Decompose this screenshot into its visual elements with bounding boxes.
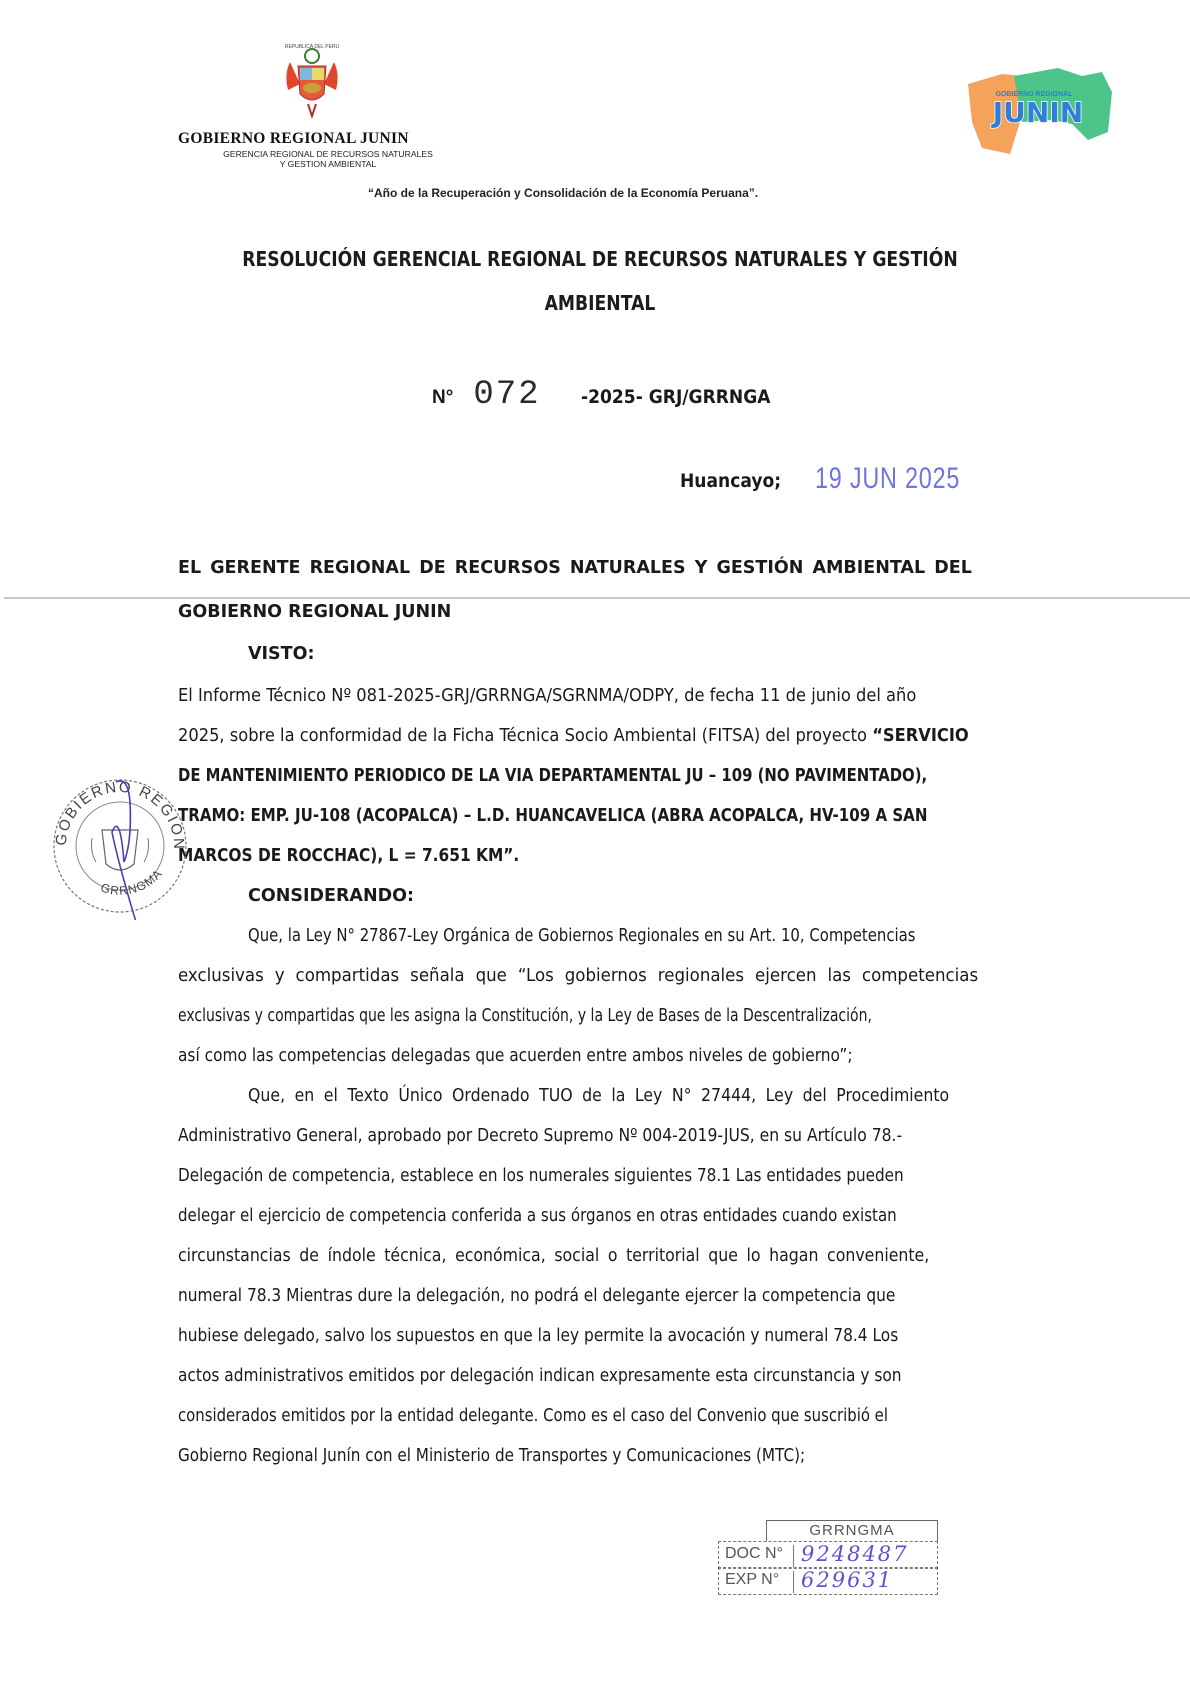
authority-line-1: EL GERENTE REGIONAL DE RECURSOS NATURALE… xyxy=(178,558,1040,584)
number-prefix: N° xyxy=(432,387,453,409)
department-name: GERENCIA REGIONAL DE RECURSOS NATURALES … xyxy=(200,149,456,169)
visto-line-4: TRAMO: EMP. JU-108 (ACOPALCA) – L.D. HUA… xyxy=(178,806,919,832)
visto-line-3: DE MANTENIMIENTO PERIODICO DE LA VIA DEP… xyxy=(178,766,911,792)
government-name: GOBIERNO REGIONAL JUNIN xyxy=(178,130,409,148)
exp-label: EXP N° xyxy=(725,1571,794,1593)
department-line-1: GERENCIA REGIONAL DE RECURSOS NATURALES xyxy=(200,149,456,159)
visto-line-2: 2025, sobre la conformidad de la Ficha T… xyxy=(178,726,980,752)
official-seal-icon: GOBIERNO REGIONAL JUNIN GRRNGMA xyxy=(46,772,194,920)
paragraph-2-line-5: circunstancias de índole técnica, económ… xyxy=(178,1246,954,1272)
svg-text:GOBIERNO REGIONAL JUNIN: GOBIERNO REGIONAL JUNIN xyxy=(46,772,187,851)
paragraph-2-line-6: numeral 78.3 Mientras dure la delegación… xyxy=(178,1286,937,1312)
paragraph-2-line-3: Delegación de competencia, establece en … xyxy=(178,1166,928,1192)
svg-text:JUNIN: JUNIN xyxy=(991,96,1083,129)
stamp-office: GRRNGMA xyxy=(766,1520,938,1541)
paragraph-2-line-2: Administrativo General, aprobado por Dec… xyxy=(178,1126,945,1152)
paragraph-1-line-1: Que, la Ley N° 27867-Ley Orgánica de Gob… xyxy=(248,926,981,952)
exp-number: 629631 xyxy=(801,1568,893,1592)
resolution-title-line-1: RESOLUCIÓN GERENCIAL REGIONAL DE RECURSO… xyxy=(75,247,1124,271)
paragraph-2-line-1: Que, en el Texto Único Ordenado TUO de l… xyxy=(248,1086,1024,1112)
department-line-2: Y GESTION AMBIENTAL xyxy=(200,159,456,169)
date-stamp: 19 JUN 2025 xyxy=(815,462,960,496)
number-suffix: -2025- GRJ/GRRNGA xyxy=(581,386,771,408)
project-quote-start: “SERVICIO xyxy=(872,726,969,746)
junin-region-logo: GOBIERNO REGIONAL JUNIN xyxy=(962,62,1114,158)
visto-heading: VISTO: xyxy=(248,644,1110,670)
paragraph-1-line-2: exclusivas y compartidas señala que “Los… xyxy=(178,966,997,992)
visto-line-1: El Informe Técnico Nº 081-2025-GRJ/GRRNG… xyxy=(178,686,980,712)
visto-line-5: MARCOS DE ROCCHAC), L = 7.651 KM”. xyxy=(178,846,937,872)
doc-number: 9248487 xyxy=(801,1542,909,1566)
paragraph-2-line-9: considerados emitidos por la entidad del… xyxy=(178,1406,911,1432)
doc-label: DOC N° xyxy=(725,1545,794,1567)
resolution-number: N° 072 -2025- GRJ/GRRNGA xyxy=(432,376,791,414)
scan-divider xyxy=(4,597,1190,599)
considerando-heading: CONSIDERANDO: xyxy=(248,886,1110,912)
resolution-title-line-2: AMBIENTAL xyxy=(75,291,1124,315)
paragraph-2-line-8: actos administrativos emitidos por deleg… xyxy=(178,1366,937,1392)
authority-line-2: GOBIERNO REGIONAL JUNIN xyxy=(178,602,1040,628)
number-value: 072 xyxy=(473,376,540,414)
svg-text:REPUBLICA DEL PERU: REPUBLICA DEL PERU xyxy=(285,44,340,50)
paragraph-2-line-7: hubiese delegado, salvo los supuestos en… xyxy=(178,1326,937,1352)
peru-coat-of-arms-icon: REPUBLICA DEL PERU xyxy=(280,44,344,120)
place: Huancayo; xyxy=(680,470,781,492)
document-reception-stamp: GRRNGMA DOC N° 9248487 EXP N° 629631 xyxy=(718,1520,938,1600)
stamp-doc-row: DOC N° 9248487 xyxy=(718,1541,938,1569)
paragraph-2-line-4: delegar el ejercicio de competencia conf… xyxy=(178,1206,919,1232)
paragraph-2-line-10: Gobierno Regional Junín con el Ministeri… xyxy=(178,1446,928,1472)
paragraph-1-line-4: así como las competencias delegadas que … xyxy=(178,1046,937,1072)
stamp-exp-row: EXP N° 629631 xyxy=(718,1567,938,1595)
paragraph-1-line-3: exclusivas y compartidas que les asigna … xyxy=(178,1006,868,1032)
svg-text:GRRNGMA: GRRNGMA xyxy=(99,866,165,898)
year-motto: “Año de la Recuperación y Consolidación … xyxy=(368,186,758,200)
